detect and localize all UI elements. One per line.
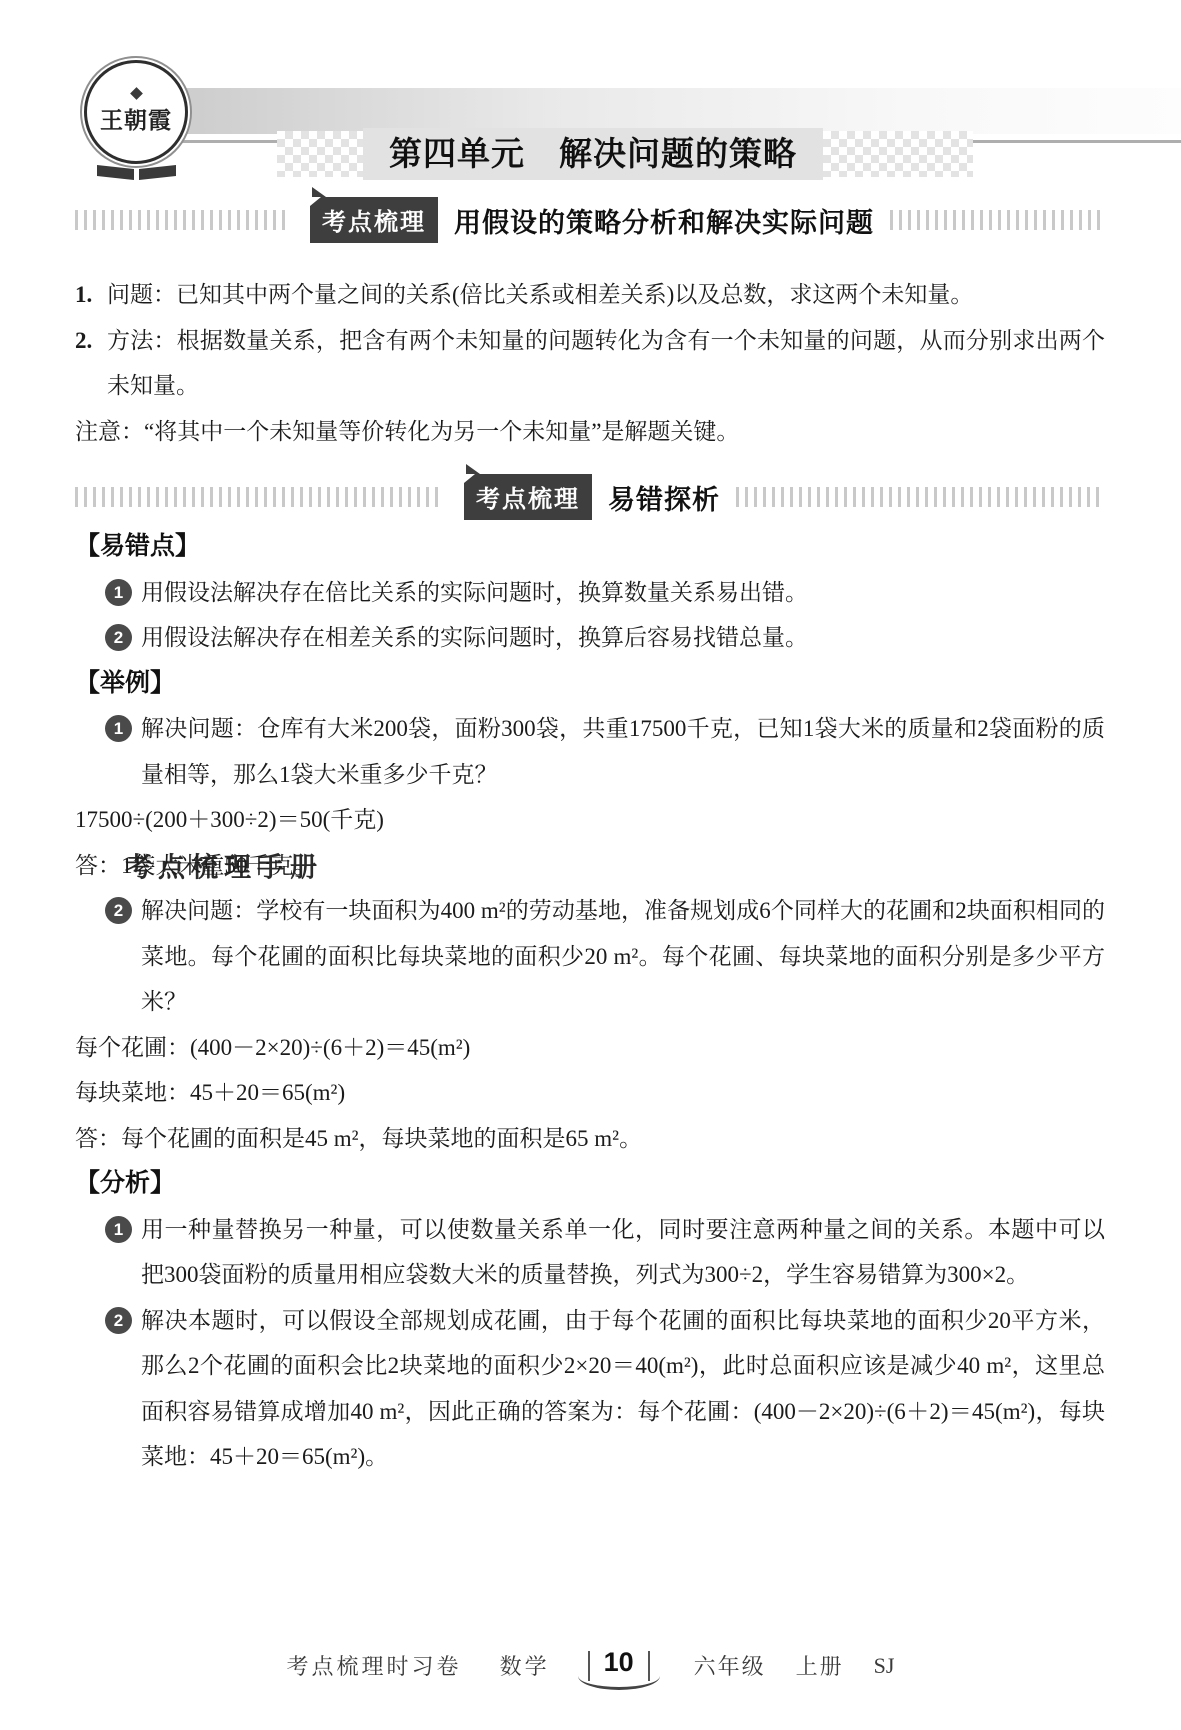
- page-number-book: 10: [588, 1645, 650, 1686]
- crown-icon: [130, 87, 143, 100]
- unit-title: 第四单元 解决问题的策略: [363, 128, 823, 180]
- error-point-text: 用假设法解决存在倍比关系的实际问题时，换算数量关系易出错。: [141, 570, 1105, 616]
- error-point-item: 2 用假设法解决存在相差关系的实际问题时，换算后容易找错总量。: [75, 615, 1105, 661]
- logo-name: 王朝霞: [100, 102, 172, 135]
- error-point-text: 用假设法解决存在相差关系的实际问题时，换算后容易找错总量。: [141, 615, 1105, 661]
- circled-number: 2: [105, 1307, 132, 1334]
- checker-decoration-right: [823, 131, 973, 177]
- list-number: 2.: [75, 318, 107, 409]
- section-title: 用假设的策略分析和解决实际问题: [454, 201, 874, 240]
- kaodian-badge: 考点梳理: [464, 474, 592, 520]
- ribbon-right: [139, 165, 176, 180]
- analysis-item: 2 解决本题时，可以假设全部规划成花圃，由于每个花圃的面积比每块菜地的面积少20…: [75, 1298, 1105, 1480]
- example-formula: 17500÷(200＋300÷2)＝50(千克): [75, 797, 1105, 843]
- example-problem: 解决问题：仓库有大米200袋，面粉300袋，共重17500千克，已知1袋大米的质…: [141, 706, 1105, 797]
- footer-series: 考点梳理时习卷: [287, 1650, 462, 1681]
- circled-number: 1: [105, 579, 132, 606]
- analysis-item: 1 用一种量替换另一种量，可以使数量关系单一化，同时要注意两种量之间的关系。本题…: [75, 1207, 1105, 1298]
- ribbon-left: [97, 165, 134, 180]
- footer-grade: 六年级: [694, 1650, 766, 1681]
- list-text: 问题：已知其中两个量之间的关系(倍比关系或相差关系)以及总数，求这两个未知量。: [107, 272, 1105, 318]
- hash-decoration-left: [75, 210, 290, 230]
- analysis-text: 用一种量替换另一种量，可以使数量关系单一化，同时要注意两种量之间的关系。本题中可…: [141, 1207, 1105, 1298]
- section-2-content: 【易错点】 1 用假设法解决存在倍比关系的实际问题时，换算数量关系易出错。 2 …: [75, 524, 1105, 1480]
- book-icon: [578, 1673, 660, 1690]
- hash-decoration-right: [890, 210, 1105, 230]
- example-item: 2 解决问题：学校有一块面积为400 m²的劳动基地，准备规划成6个同样大的花圃…: [75, 888, 1105, 1025]
- logo-ribbons: [76, 167, 196, 178]
- example-formula: 每块菜地：45＋20＝65(m²): [75, 1070, 1105, 1116]
- note-text: 注意：“将其中一个未知量等价转化为另一个未知量”是解题关键。: [75, 409, 1105, 455]
- section-header-kaodian-1: 考点梳理 用假设的策略分析和解决实际问题: [75, 198, 1105, 242]
- hash-decoration-right: [736, 487, 1105, 507]
- unit-title-row: 第四单元 解决问题的策略: [277, 126, 973, 182]
- list-item: 2. 方法：根据数量关系，把含有两个未知量的问题转化为含有一个未知量的问题，从而…: [75, 318, 1105, 409]
- list-item: 1. 问题：已知其中两个量之间的关系(倍比关系或相差关系)以及总数，求这两个未知…: [75, 272, 1105, 318]
- footer-subject: 数学: [500, 1650, 550, 1681]
- brand-logo: 王朝霞: [76, 56, 196, 184]
- heading-error-points: 【易错点】: [75, 524, 1105, 570]
- heading-examples: 【举例】: [75, 661, 1105, 707]
- heading-analysis: 【分析】: [75, 1161, 1105, 1207]
- list-text: 方法：根据数量关系，把含有两个未知量的问题转化为含有一个未知量的问题，从而分别求…: [107, 318, 1105, 409]
- kaodian-badge: 考点梳理: [310, 197, 438, 243]
- checker-decoration-left: [277, 131, 363, 177]
- analysis-text: 解决本题时，可以假设全部规划成花圃，由于每个花圃的面积比每块菜地的面积少20平方…: [141, 1298, 1105, 1480]
- example-problem: 解决问题：学校有一块面积为400 m²的劳动基地，准备规划成6个同样大的花圃和2…: [141, 888, 1105, 1025]
- footer-volume: 上册: [796, 1650, 844, 1681]
- circled-number: 1: [105, 1216, 132, 1243]
- footer: 考点梳理时习卷 数学 10 六年级 上册 SJ: [0, 1645, 1181, 1686]
- circled-number: 1: [105, 715, 132, 742]
- hash-decoration-left: [75, 487, 444, 507]
- example-answer: 答：1袋大米重50千克。: [75, 843, 1105, 889]
- error-point-item: 1 用假设法解决存在倍比关系的实际问题时，换算数量关系易出错。: [75, 570, 1105, 616]
- section-title: 易错探析: [608, 478, 720, 517]
- section-1-content: 1. 问题：已知其中两个量之间的关系(倍比关系或相差关系)以及总数，求这两个未知…: [75, 272, 1105, 454]
- section-header-kaodian-2: 考点梳理 易错探析: [75, 475, 1105, 519]
- example-item: 1 解决问题：仓库有大米200袋，面粉300袋，共重17500千克，已知1袋大米…: [75, 706, 1105, 797]
- example-answer: 答：每个花圃的面积是45 m²，每块菜地的面积是65 m²。: [75, 1116, 1105, 1162]
- circled-number: 2: [105, 897, 132, 924]
- list-number: 1.: [75, 272, 107, 318]
- footer-edition: SJ: [874, 1653, 895, 1679]
- example-formula: 每个花圃：(400－2×20)÷(6＋2)＝45(m²): [75, 1025, 1105, 1071]
- logo-circle: 王朝霞: [84, 60, 188, 164]
- circled-number: 2: [105, 624, 132, 651]
